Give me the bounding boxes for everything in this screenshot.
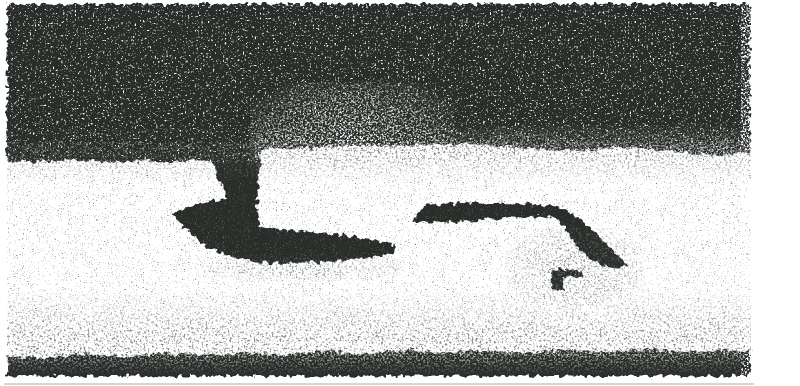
scan-artifact-line xyxy=(4,383,754,385)
screenshot-root xyxy=(0,0,800,386)
photo-figure xyxy=(0,0,800,386)
scanned-photo xyxy=(0,0,800,386)
right-edge-ragged xyxy=(741,4,757,377)
blade-shadow-speckle xyxy=(195,254,405,282)
bottom-band-mottle xyxy=(7,342,751,376)
